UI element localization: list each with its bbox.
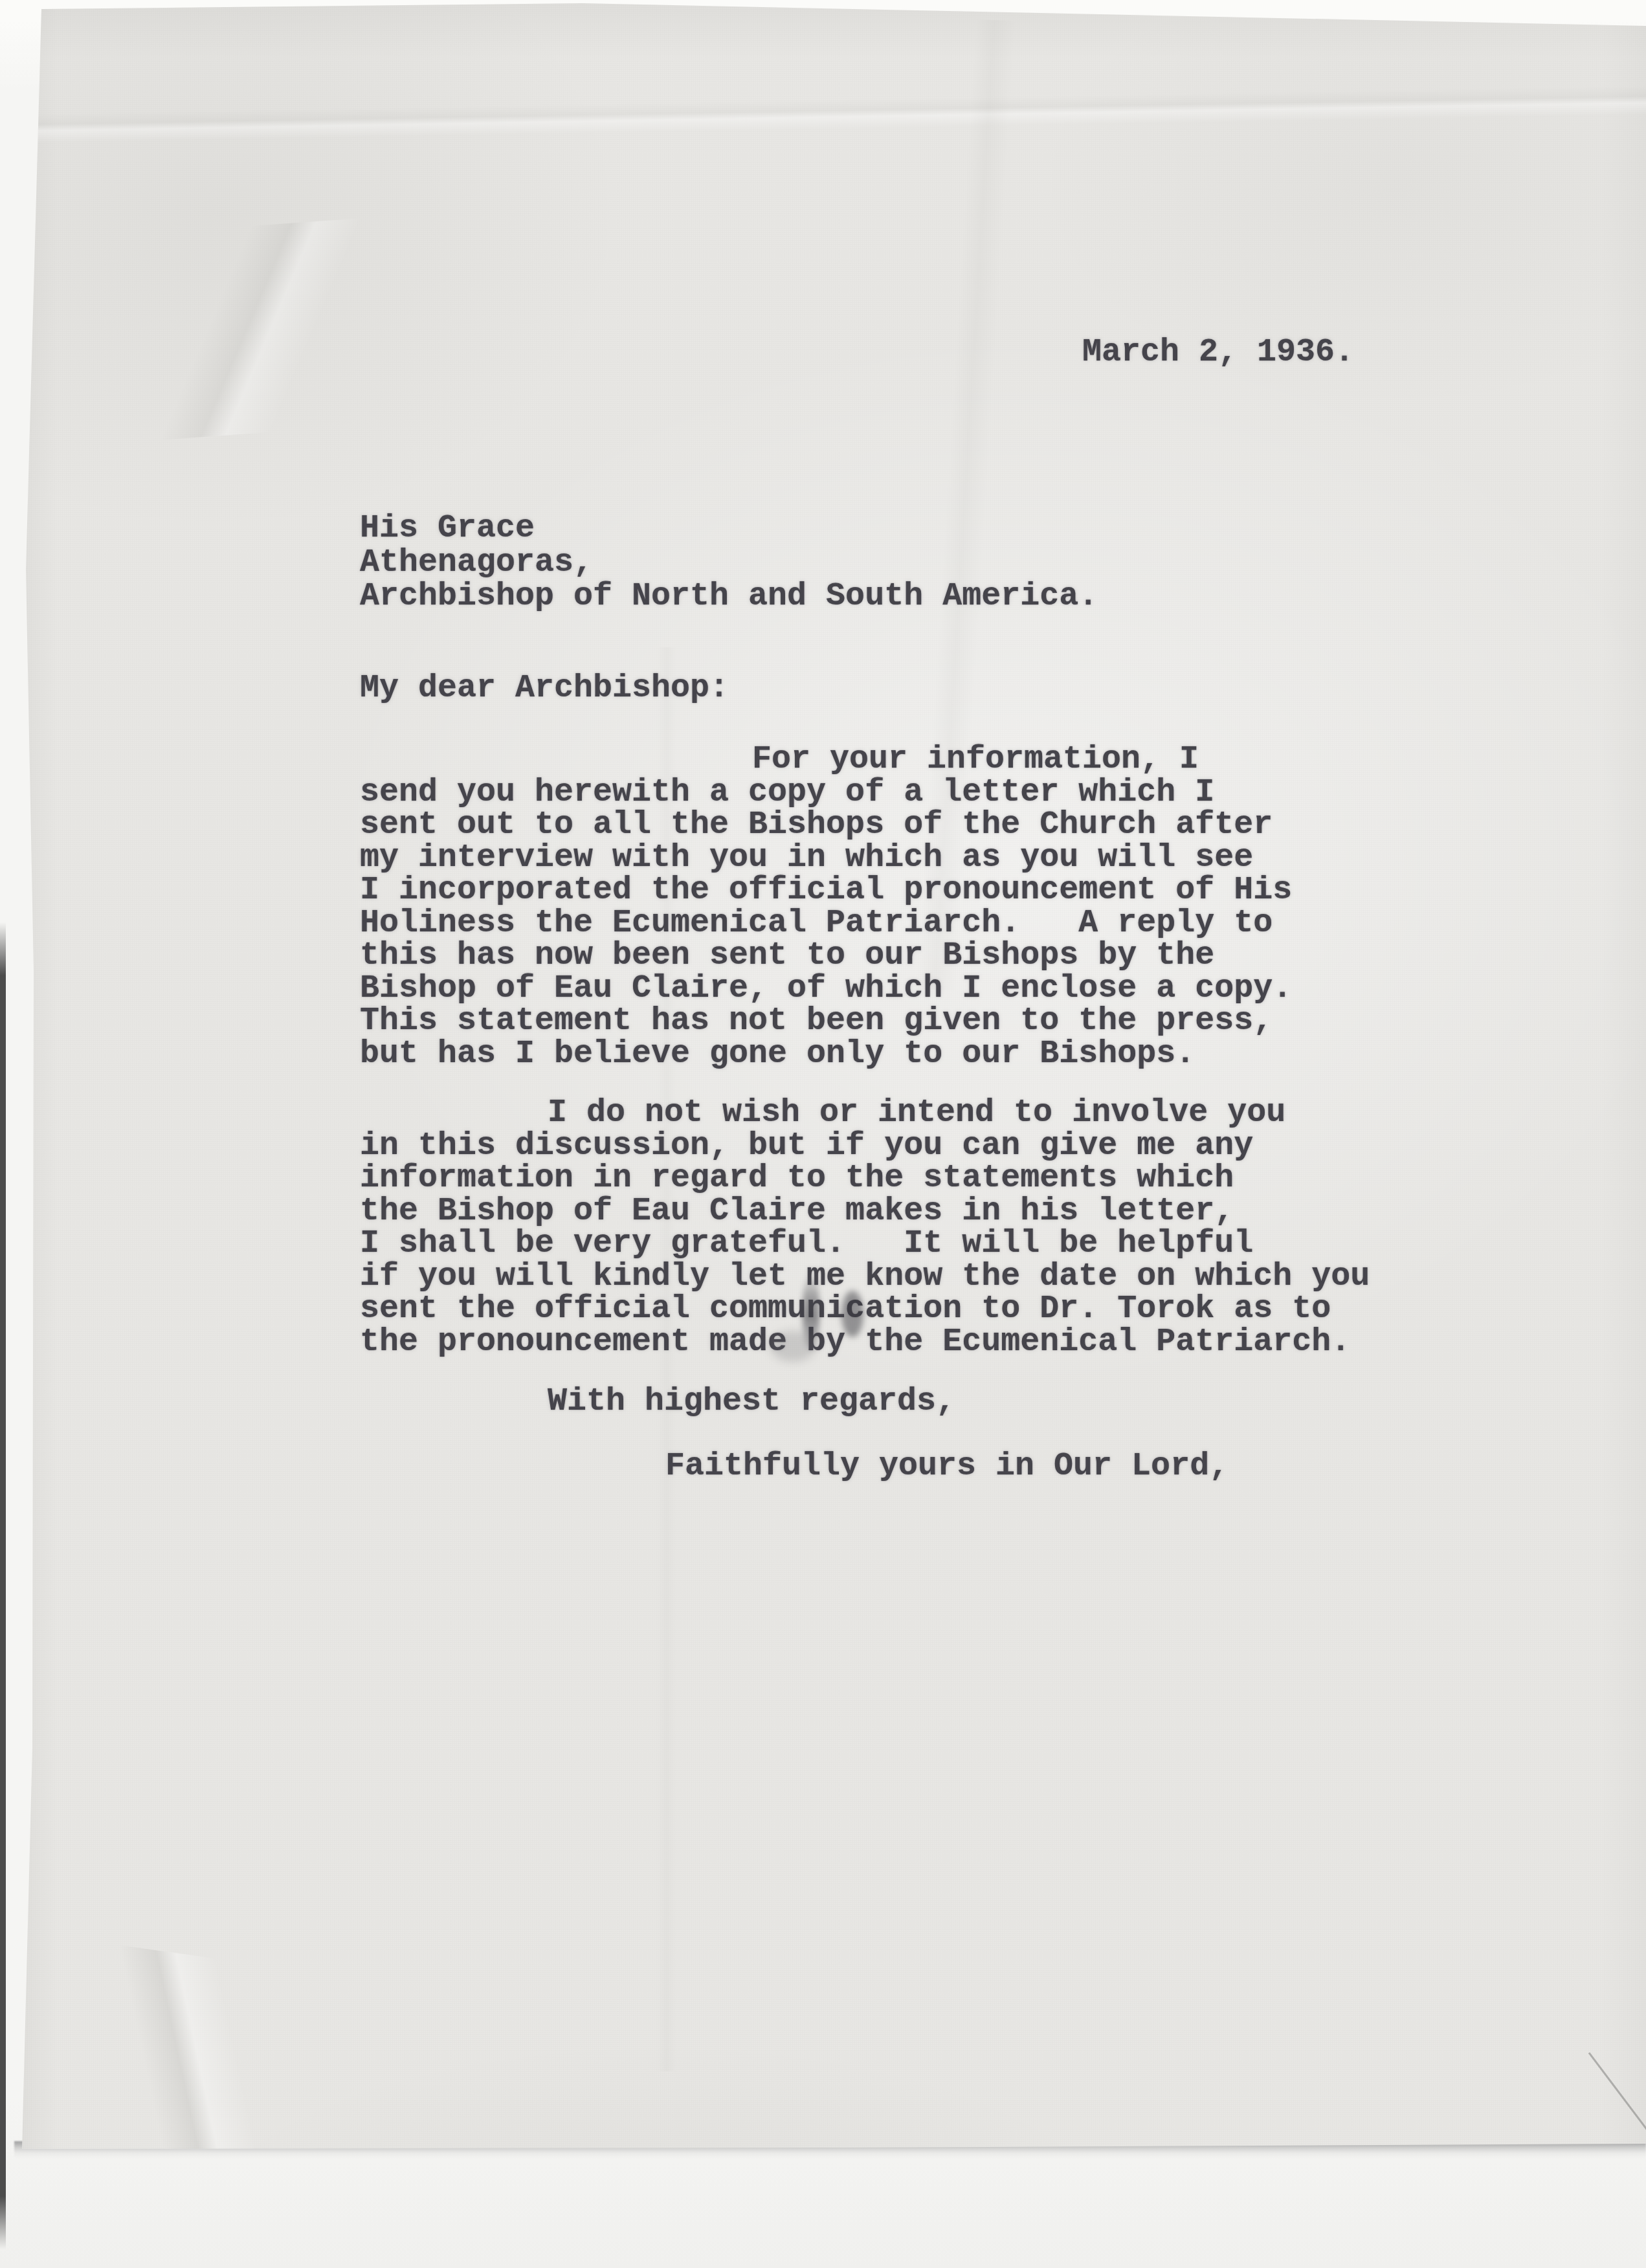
letter-paper: March 2, 1936. His Grace Athenagoras, Ar… (0, 0, 1646, 2268)
paper-crease-top-left (39, 213, 454, 447)
paper-crease-top-fold (0, 61, 1646, 165)
closing-regards: With highest regards, (548, 1386, 955, 1419)
letter-date: March 2, 1936. (1082, 337, 1354, 370)
recipient-address: His Grace Athenagoras, Archbishop of Nor… (360, 512, 1098, 614)
scanner-edge-strip (0, 922, 6, 2249)
body-paragraph-1: For your information, I send you herewit… (360, 744, 1292, 1071)
salutation: My dear Archbishop: (360, 673, 729, 706)
paper-crease-bottom-left (1, 1932, 362, 2171)
paper-scratch-bottom-right (1588, 2052, 1646, 2139)
closing-signature: Faithfully yours in Our Lord, (665, 1451, 1229, 1484)
scanned-document-background: March 2, 1936. His Grace Athenagoras, Ar… (0, 0, 1646, 2268)
body-paragraph-2: I do not wish or intend to involve you i… (360, 1097, 1370, 1359)
